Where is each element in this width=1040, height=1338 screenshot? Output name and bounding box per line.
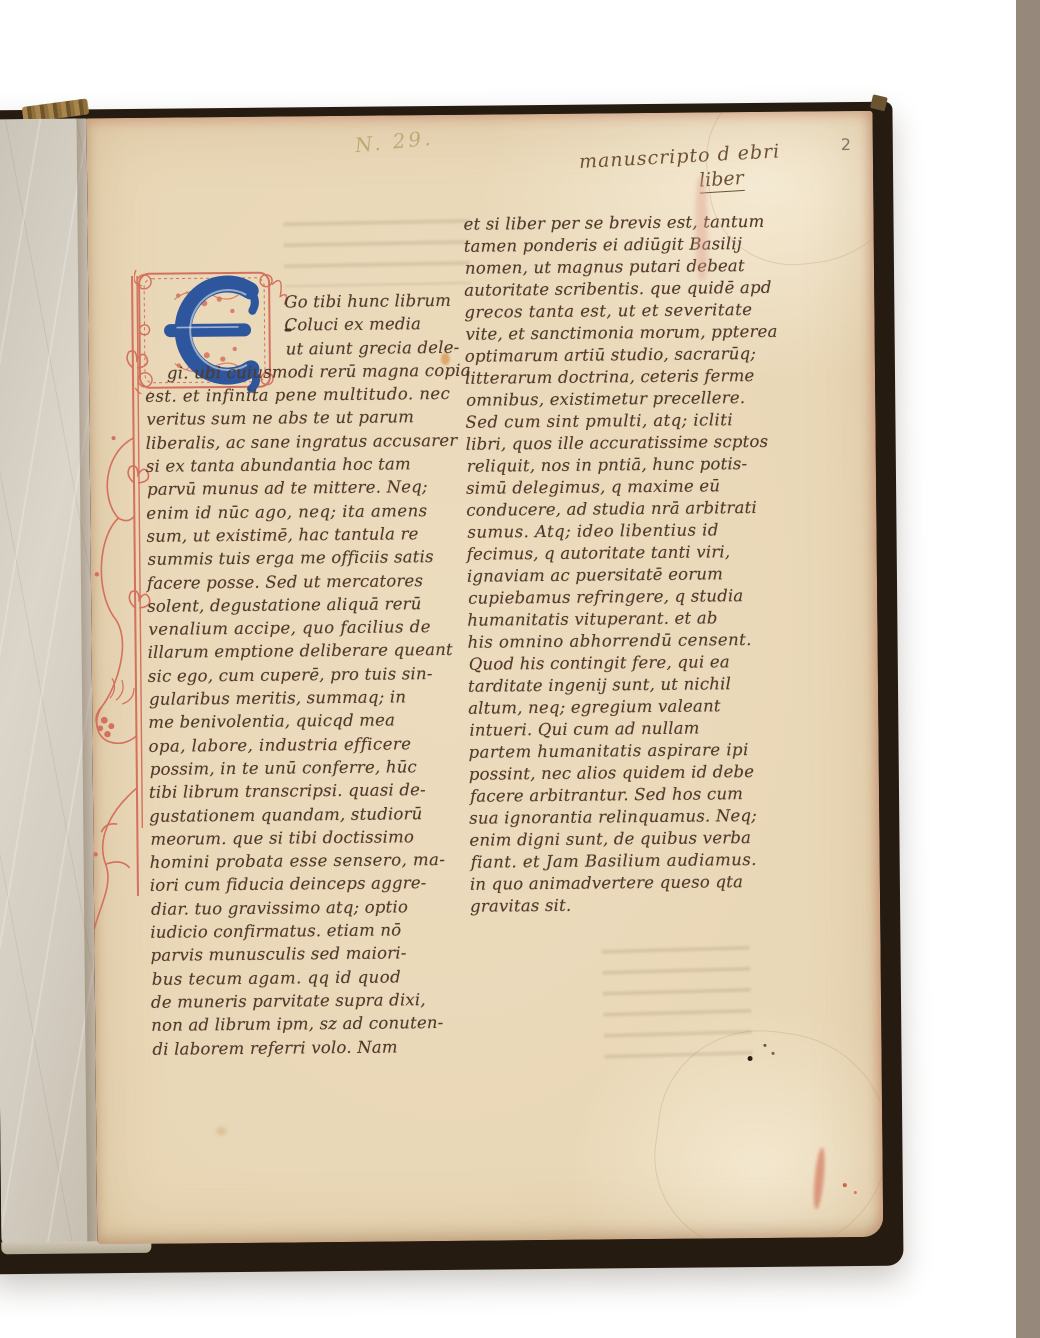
manuscript-line: Coluci ex media (284, 312, 476, 337)
manuscript-line: iori cum fiducia deinceps aggre- (150, 871, 482, 897)
manuscript-line: me benivolentia, quicqd mea (148, 708, 480, 734)
manuscript-line: omnibus, existimetur precellere. (466, 386, 822, 411)
left-text-column: Go tibi hunc librumColuci ex mediaut aiu… (144, 289, 483, 1061)
manuscript-line: de muneris parvitate supra dixi, (151, 988, 483, 1014)
manuscript-line: non ad librum ipm, sz ad conuten- (151, 1011, 483, 1037)
foxing-spot (216, 1127, 226, 1135)
manuscript-line: venalium accipe, quo facilius de (148, 615, 480, 641)
manuscript-page: N. 29. manuscripto d ebri liber 2 (87, 111, 884, 1244)
manuscript-line: homini probata esse sensero, ma- (150, 848, 482, 874)
manuscript-line: gravitas sit. (470, 892, 826, 917)
pink-streak (695, 176, 708, 280)
manuscript-line: enim id nūc ago, neq; ita amens (146, 498, 478, 524)
manuscript-line: iudicio confirmatus. etiam nō (150, 918, 482, 944)
show-through-text (283, 206, 470, 287)
manuscript-line: vite, et sanctimonia morum, ppterea (466, 320, 822, 345)
manuscript-line: gustationem quandam, studiorū (149, 801, 481, 827)
manuscript-line: facere arbitrantur. Sed hos cum (470, 782, 826, 807)
background-gray-bar (1016, 0, 1040, 1338)
manuscript-line: di laborem referri volo. Nam (152, 1034, 484, 1060)
manuscript-line: reliquit, nos in pntiā, hunc potis- (467, 452, 823, 477)
manuscript-line: diar. tuo gravissimo atq; optio (151, 894, 483, 920)
manuscript-line: opa, labore, industria efficere (148, 731, 480, 757)
manuscript-line: gi. ubi cuiusmodi rerū magna copia (167, 359, 477, 385)
manuscript-line: parvū munus ad te mittere. Neq; (147, 475, 479, 501)
manuscript-line: sumus. Atq; ideo libentius id (467, 518, 823, 543)
book: N. 29. manuscripto d ebri liber 2 (0, 102, 904, 1275)
manuscript-line: bus tecum agam. qq id quod (152, 964, 484, 990)
manuscript-line: fiant. et Jam Basilium audiamus. (471, 848, 827, 873)
manuscript-line: solent, degustatione aliquā rerū (147, 591, 479, 617)
manuscript-line: tibi librum transcripsi. quasi de- (149, 778, 481, 804)
manuscript-photo: N. 29. manuscripto d ebri liber 2 (0, 0, 1040, 1338)
manuscript-line: si ex tanta abundantia hoc tam (146, 452, 478, 478)
manuscript-line: sic ego, cum cuperē, pro tuis sin- (148, 661, 480, 687)
manuscript-line: intueri. Qui cum ad nullam (469, 716, 825, 741)
amber-stain (441, 353, 450, 365)
manuscript-line: meorum. que si tibi doctissimo (150, 824, 482, 850)
ink-mark (285, 328, 292, 331)
manuscript-line: cupiebamus refringere, q studia (468, 584, 824, 609)
manuscript-line: sum, ut existimē, hac tantula re (146, 522, 478, 548)
shelfmark-inscription: N. 29. (354, 126, 435, 158)
manuscript-line: liberalis, ac sane ingratus accusarer (146, 428, 478, 454)
manuscript-line: summis tuis erga me officiis satis (148, 545, 480, 571)
right-text-column: et si liber per se brevis est, tantumtam… (463, 210, 826, 917)
binding-corner (870, 94, 888, 111)
manuscript-line: gularibus meritis, summaq; in (149, 685, 481, 711)
manuscript-line: autoritate scribentis. que quidē apd (464, 276, 820, 301)
manuscript-line: Go tibi hunc librum (284, 289, 476, 314)
manuscript-line: veritus sum ne abs te ut parum (146, 405, 478, 431)
manuscript-line: parvis munusculis sed maiori- (150, 941, 482, 967)
manuscript-line: est. et infinita pene multitudo. nec (145, 382, 477, 408)
manuscript-line: possim, in te unū conferre, hūc (150, 755, 482, 781)
manuscript-line: facere posse. Sed ut mercatores (147, 568, 479, 594)
manuscript-line: Quod his contingit fere, qui ea (469, 650, 825, 675)
manuscript-line: illarum emptione deliberare queant (148, 638, 480, 664)
